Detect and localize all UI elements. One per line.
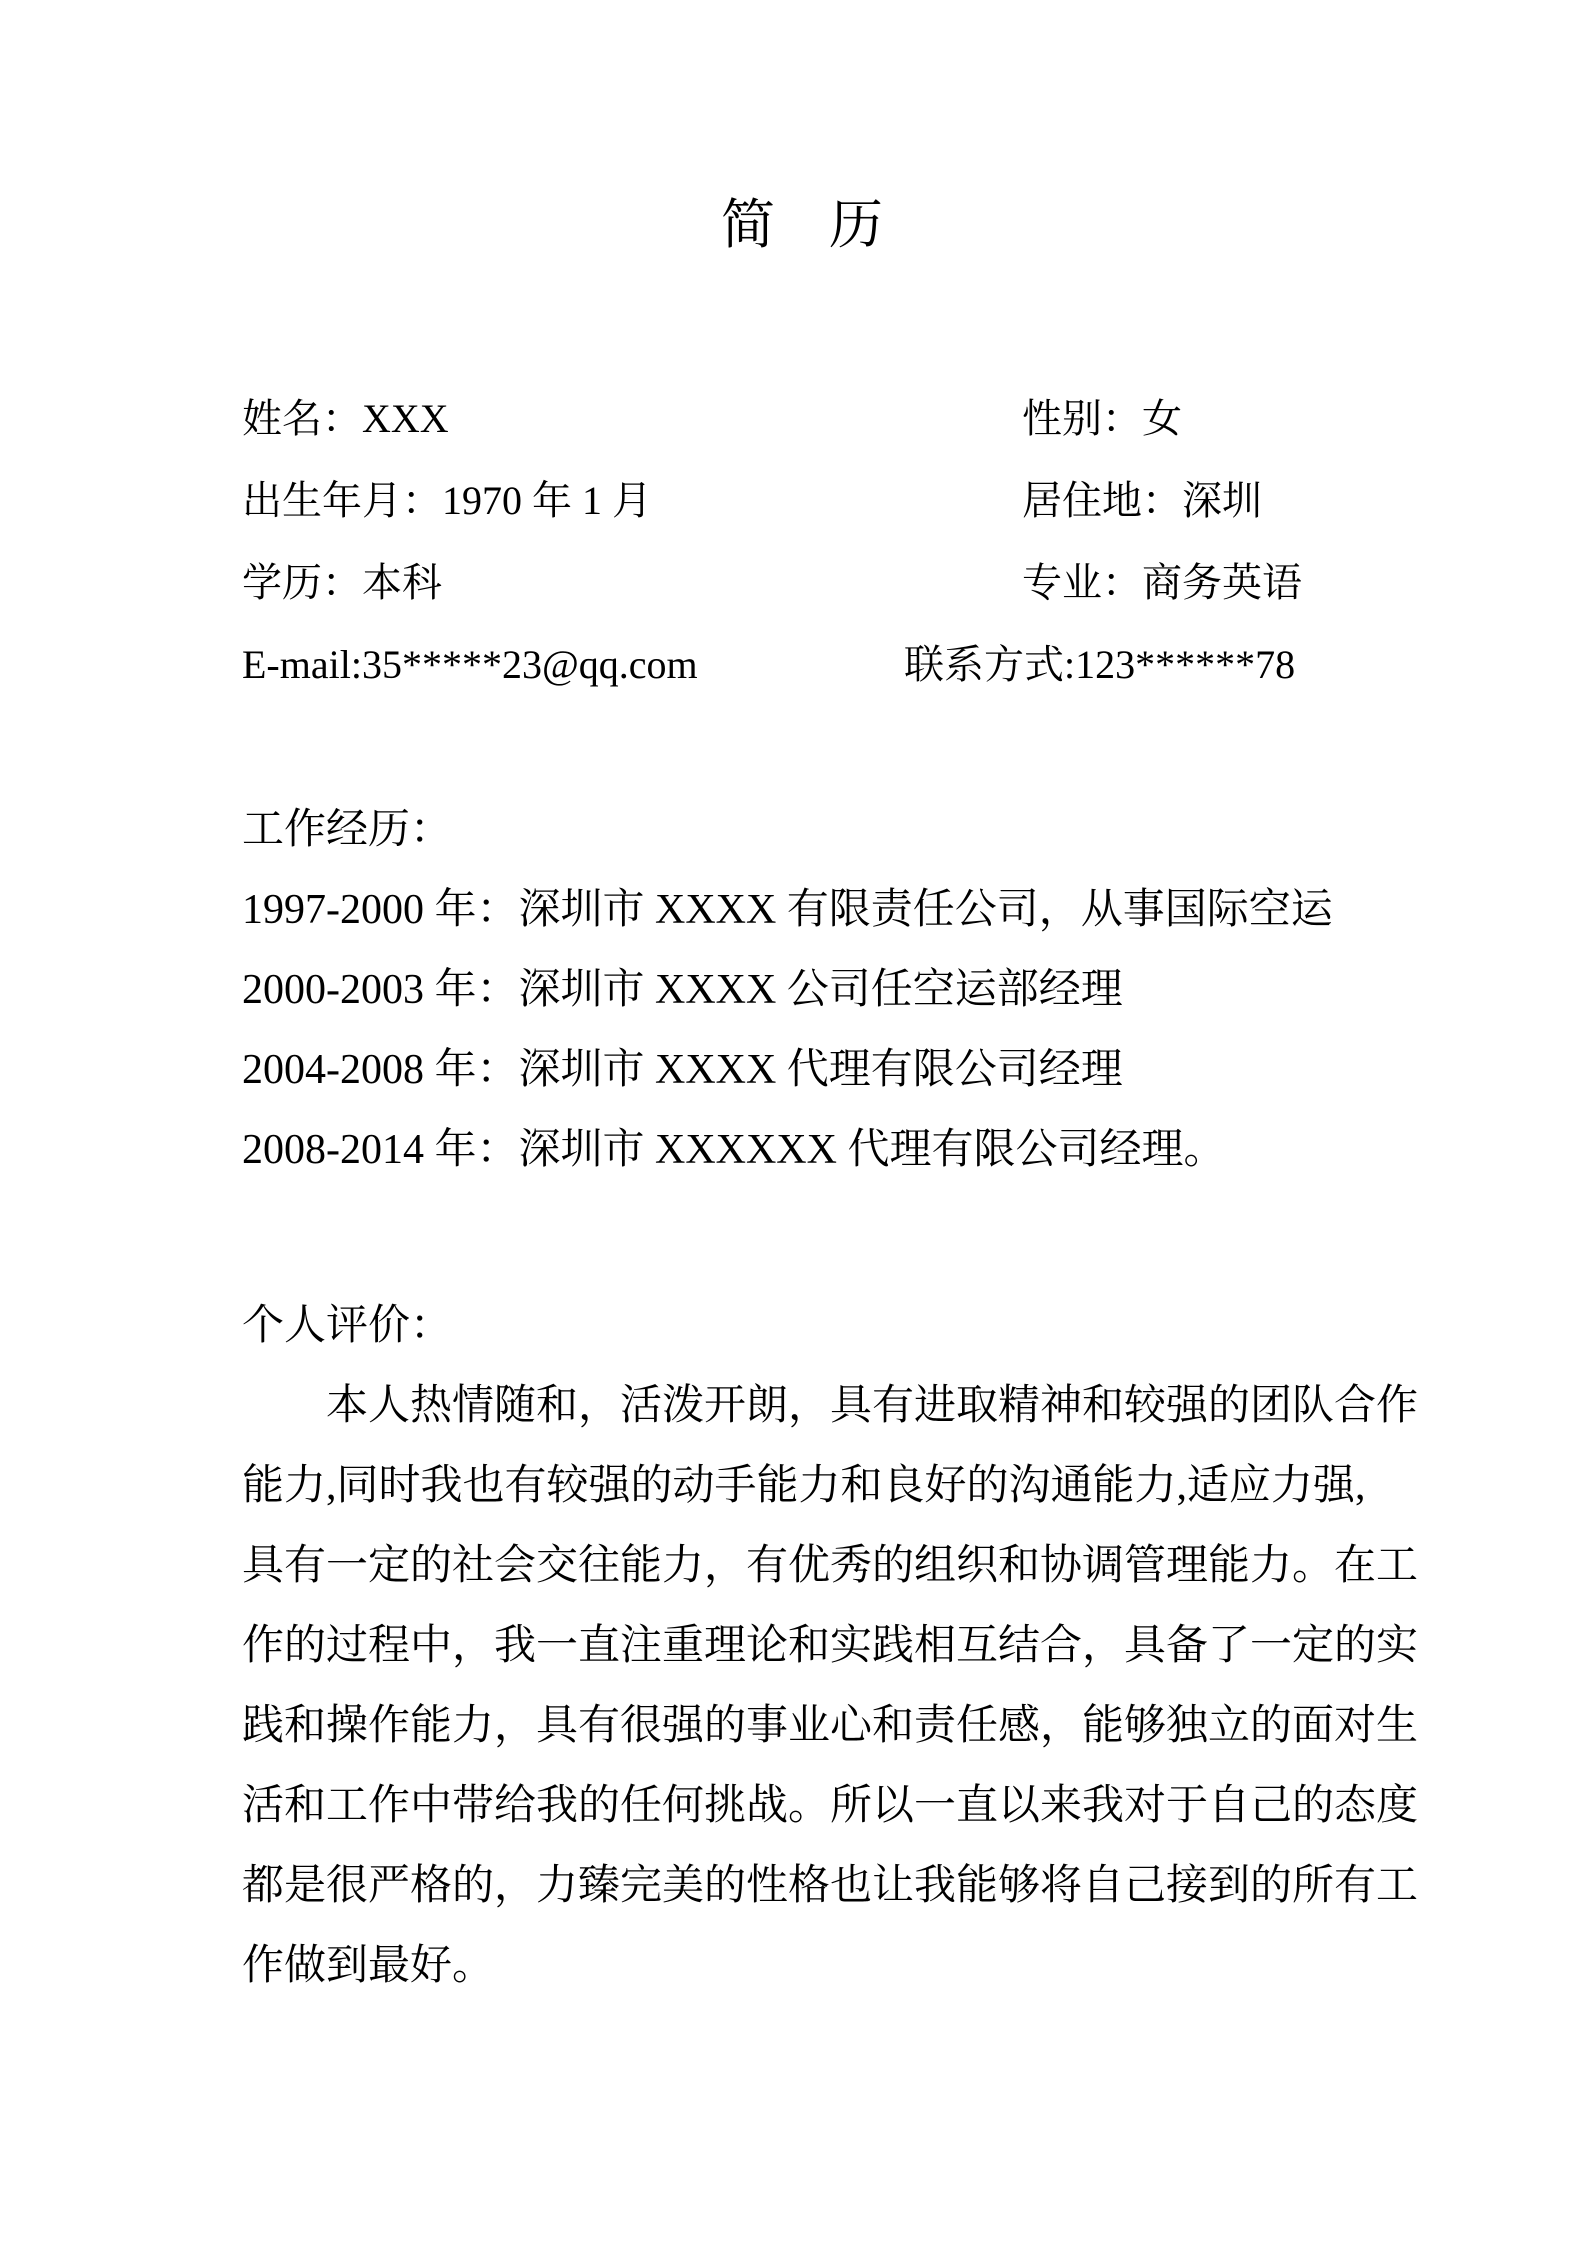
personal-evaluation-section: 个人评价： 本人热情随和，活泼开朗，具有进取精神和较强的团队合作 能力,同时我也… bbox=[242, 1286, 1422, 2006]
resume-page: 简 历 姓名：XXX 性别：女 出生年月：1970 年 1 月 居住地：深圳 学… bbox=[0, 0, 1587, 2245]
residence-field: 居住地：深圳 bbox=[1022, 460, 1262, 542]
work-experience-section: 工作经历： 1997-2000 年：深圳市 XXXX 有限责任公司，从事国际空运… bbox=[242, 790, 1422, 1190]
work-experience-heading: 工作经历： bbox=[242, 790, 1422, 870]
evaluation-line: 作的过程中，我一直注重理论和实践相互结合，具备了一定的实 bbox=[242, 1606, 1422, 1686]
info-row-name-gender: 姓名：XXX 性别：女 bbox=[242, 378, 1362, 460]
work-experience-item: 1997-2000 年：深圳市 XXXX 有限责任公司，从事国际空运 bbox=[242, 870, 1422, 950]
evaluation-line: 都是很严格的，力臻完美的性格也让我能够将自己接到的所有工 bbox=[242, 1846, 1422, 1926]
name-field: 姓名：XXX bbox=[242, 378, 449, 460]
page-title: 简 历 bbox=[242, 190, 1362, 260]
evaluation-line: 作做到最好。 bbox=[242, 1926, 1422, 2006]
work-experience-item: 2000-2003 年：深圳市 XXXX 公司任空运部经理 bbox=[242, 950, 1422, 1030]
work-experience-item: 2004-2008 年：深圳市 XXXX 代理有限公司经理 bbox=[242, 1030, 1422, 1110]
info-row-email-phone: E-mail:35*****23@qq.com 联系方式:123******78 bbox=[242, 624, 1362, 706]
info-row-birth-residence: 出生年月：1970 年 1 月 居住地：深圳 bbox=[242, 460, 1362, 542]
evaluation-line: 具有一定的社会交往能力，有优秀的组织和协调管理能力。在工 bbox=[242, 1526, 1422, 1606]
email-field: E-mail:35*****23@qq.com bbox=[242, 624, 698, 706]
evaluation-line: 活和工作中带给我的任何挑战。所以一直以来我对于自己的态度 bbox=[242, 1766, 1422, 1846]
gender-field: 性别：女 bbox=[1022, 378, 1182, 460]
evaluation-line: 能力,同时我也有较强的动手能力和良好的沟通能力,适应力强, bbox=[242, 1446, 1422, 1526]
evaluation-line: 本人热情随和，活泼开朗，具有进取精神和较强的团队合作 bbox=[242, 1366, 1422, 1446]
personal-evaluation-heading: 个人评价： bbox=[242, 1286, 1422, 1366]
info-row-education-major: 学历：本科 专业：商务英语 bbox=[242, 542, 1362, 624]
phone-field: 联系方式:123******78 bbox=[904, 624, 1295, 706]
birth-date-field: 出生年月：1970 年 1 月 bbox=[242, 460, 652, 542]
work-experience-item: 2008-2014 年：深圳市 XXXXXX 代理有限公司经理。 bbox=[242, 1110, 1422, 1190]
evaluation-line: 践和操作能力，具有很强的事业心和责任感，能够独立的面对生 bbox=[242, 1686, 1422, 1766]
major-field: 专业：商务英语 bbox=[1022, 542, 1302, 624]
personal-info-section: 姓名：XXX 性别：女 出生年月：1970 年 1 月 居住地：深圳 学历：本科… bbox=[242, 378, 1362, 706]
education-field: 学历：本科 bbox=[242, 542, 442, 624]
